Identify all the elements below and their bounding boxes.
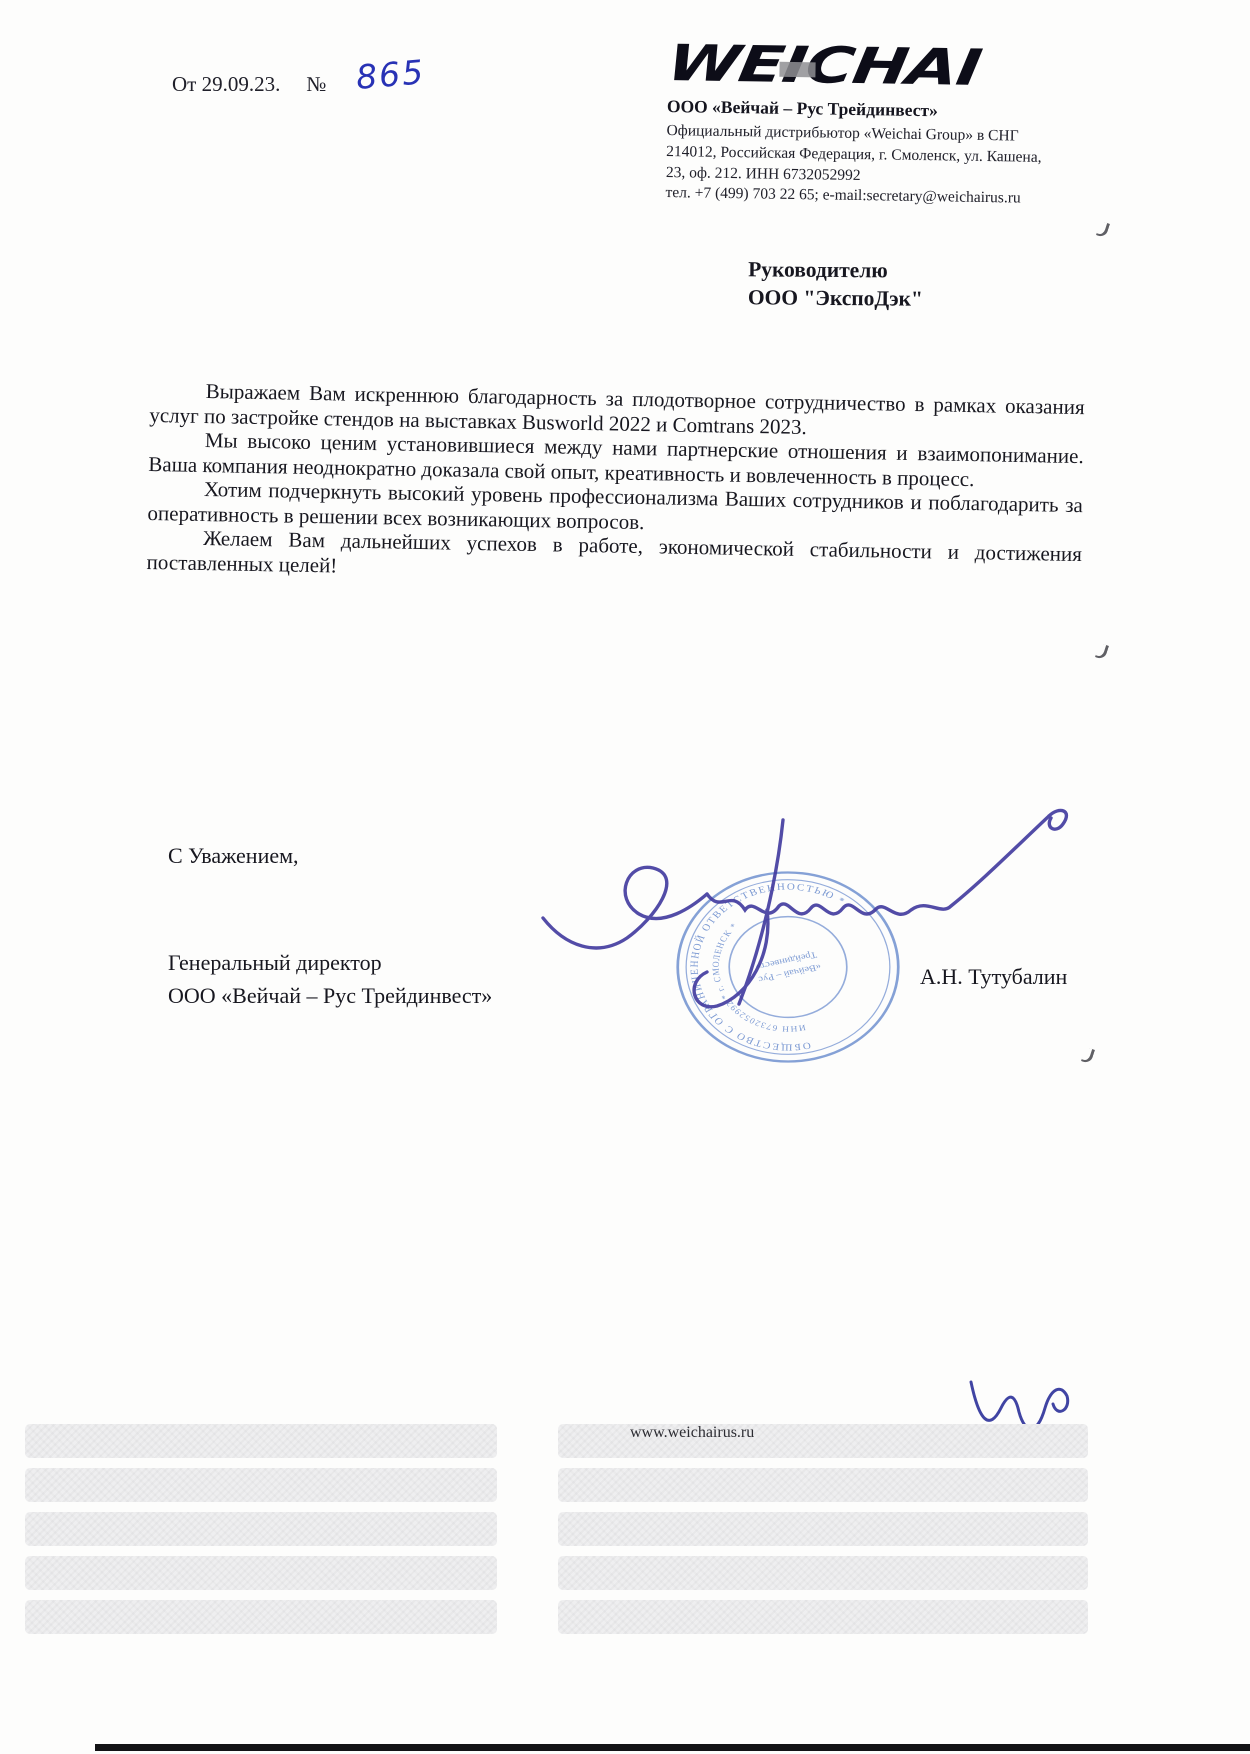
footer-watermark-band: [25, 1424, 497, 1458]
addressee-company: ООО "ЭкспоДэк": [748, 284, 923, 314]
letter-body: Выражаем Вам искреннюю благодарность за …: [146, 378, 1084, 592]
reference-line: От 29.09.23. №: [172, 72, 326, 97]
letterhead-details: Официальный дистрибьютор «Weichai Group»…: [665, 121, 1096, 211]
letter-page: От 29.09.23. № 865 WEICHAI ООО «Вейчай –…: [0, 0, 1250, 1754]
footer-watermark-band: [25, 1556, 497, 1590]
scan-artifact: [1081, 1047, 1095, 1064]
signer-position: Генеральный директор: [168, 946, 492, 979]
website-url: www.weichairus.ru: [630, 1424, 754, 1442]
salutation: С Уважением,: [168, 843, 299, 869]
footer-watermark-band: [558, 1556, 1088, 1590]
addressee-title: Руководителю: [748, 255, 923, 285]
footer-watermark-band: [25, 1600, 497, 1634]
handwritten-letter-number: 865: [354, 52, 426, 97]
footer-watermark-band: [25, 1512, 497, 1546]
number-sign: №: [306, 72, 326, 97]
letterhead: WEICHAI ООО «Вейчай – Рус Трейдинвест» О…: [665, 38, 1098, 211]
weichai-logo: WEICHAI: [664, 38, 1239, 97]
director-signature: [535, 768, 1095, 1028]
letter-date: От 29.09.23.: [172, 72, 280, 97]
logo-scan-smudge: [779, 62, 815, 78]
letterhead-company-name: ООО «Вейчай – Рус Трейдинвест»: [667, 96, 1097, 124]
footer-watermark-band: [558, 1600, 1088, 1634]
addressee-block: Руководителю ООО "ЭкспоДэк": [748, 255, 924, 313]
signer-company: ООО «Вейчай – Рус Трейдинвест»: [168, 979, 492, 1012]
footer-watermark-band: [558, 1468, 1088, 1502]
footer-watermark-band: [558, 1512, 1088, 1546]
scan-artifact: [1096, 221, 1110, 238]
signer-position-block: Генеральный директор ООО «Вейчай – Рус Т…: [168, 946, 492, 1012]
page-bottom-rule: [95, 1744, 1250, 1751]
scan-artifact: [1095, 643, 1109, 660]
footer-watermark-band: [25, 1468, 497, 1502]
